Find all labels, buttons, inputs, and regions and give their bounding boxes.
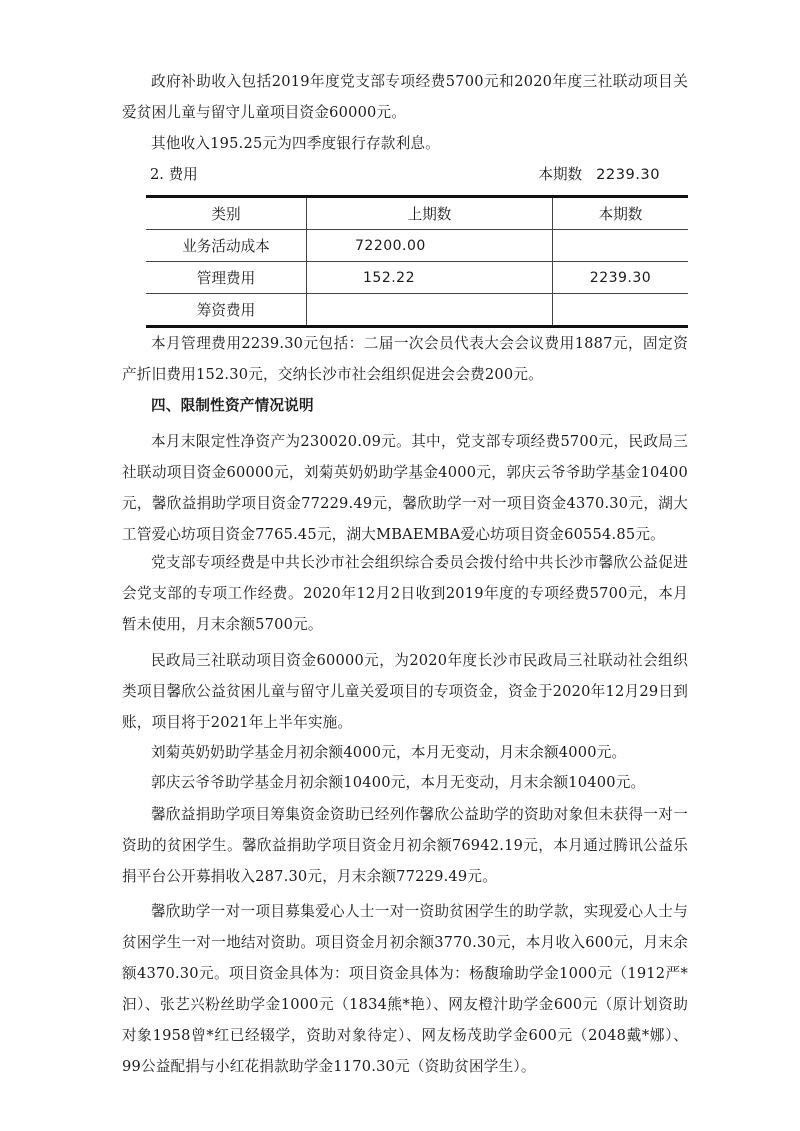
header-previous: 上期数	[307, 197, 553, 230]
table-row: 业务活动成本 72200.00	[146, 230, 688, 262]
row-current: 2239.30	[553, 262, 689, 294]
fees-section-header: 2. 费用 本期数2239.30	[150, 159, 688, 190]
paragraph-yijuan-fund: 馨欣益捐助学项目筹集资金资助已经列作馨欣公益助学的资助对象但未获得一对一资助的贫…	[122, 799, 688, 892]
section-heading-restricted-assets: 四、限制性资产情况说明	[122, 390, 688, 421]
paragraph-civil-affairs-fund: 民政局三社联动项目资金60000元，为2020年度长沙市民政局三社联动社会组织类…	[122, 645, 688, 738]
paragraph-party-branch-fund: 党支部专项经费是中共长沙市社会组织综合委员会拨付给中共长沙市馨欣公益促进会党支部…	[122, 547, 688, 640]
paragraph-mgmt-fee-note: 本月管理费用2239.30元包括：二届一次会员代表大会会议费用1887元，固定资…	[122, 328, 688, 390]
table-row: 管理费用 152.22 2239.30	[146, 262, 688, 294]
fees-current-value: 2239.30	[596, 166, 660, 183]
paragraph-gov-subsidy: 政府补助收入包括2019年度党支部专项经费5700元和2020年度三社联动项目关…	[122, 66, 688, 128]
paragraph-other-income: 其他收入195.25元为四季度银行存款利息。	[122, 128, 688, 159]
paragraph-restricted-summary: 本月末限定性净资产为230020.09元。其中，党支部专项经费5700元，民政局…	[122, 426, 688, 550]
row-previous: 72200.00	[307, 230, 553, 262]
paragraph-guo-fund: 郭庆云爷爷助学基金月初余额10400元，本月无变动，月末余额10400元。	[122, 767, 688, 798]
row-category: 业务活动成本	[146, 230, 307, 262]
row-category: 管理费用	[146, 262, 307, 294]
table-row: 筹资费用	[146, 294, 688, 327]
row-category: 筹资费用	[146, 294, 307, 327]
table-header-row: 类别 上期数 本期数	[146, 197, 688, 230]
fees-table: 类别 上期数 本期数 业务活动成本 72200.00 管理费用 152.22 2…	[146, 195, 688, 328]
fees-section-label: 2. 费用	[150, 159, 198, 190]
row-previous	[307, 294, 553, 327]
row-previous: 152.22	[307, 262, 553, 294]
fees-current-label: 本期数	[538, 166, 582, 183]
paragraph-liu-fund: 刘菊英奶奶助学基金月初余额4000元，本月无变动，月末余额4000元。	[122, 737, 688, 768]
header-category: 类别	[146, 197, 307, 230]
row-current	[553, 294, 689, 327]
header-current: 本期数	[553, 197, 689, 230]
paragraph-one-to-one-fund: 馨欣助学一对一项目募集爱心人士一对一资助贫困学生的助学款，实现爱心人士与贫困学生…	[122, 896, 688, 1082]
row-current	[553, 230, 689, 262]
fees-current-summary: 本期数2239.30	[538, 159, 660, 190]
